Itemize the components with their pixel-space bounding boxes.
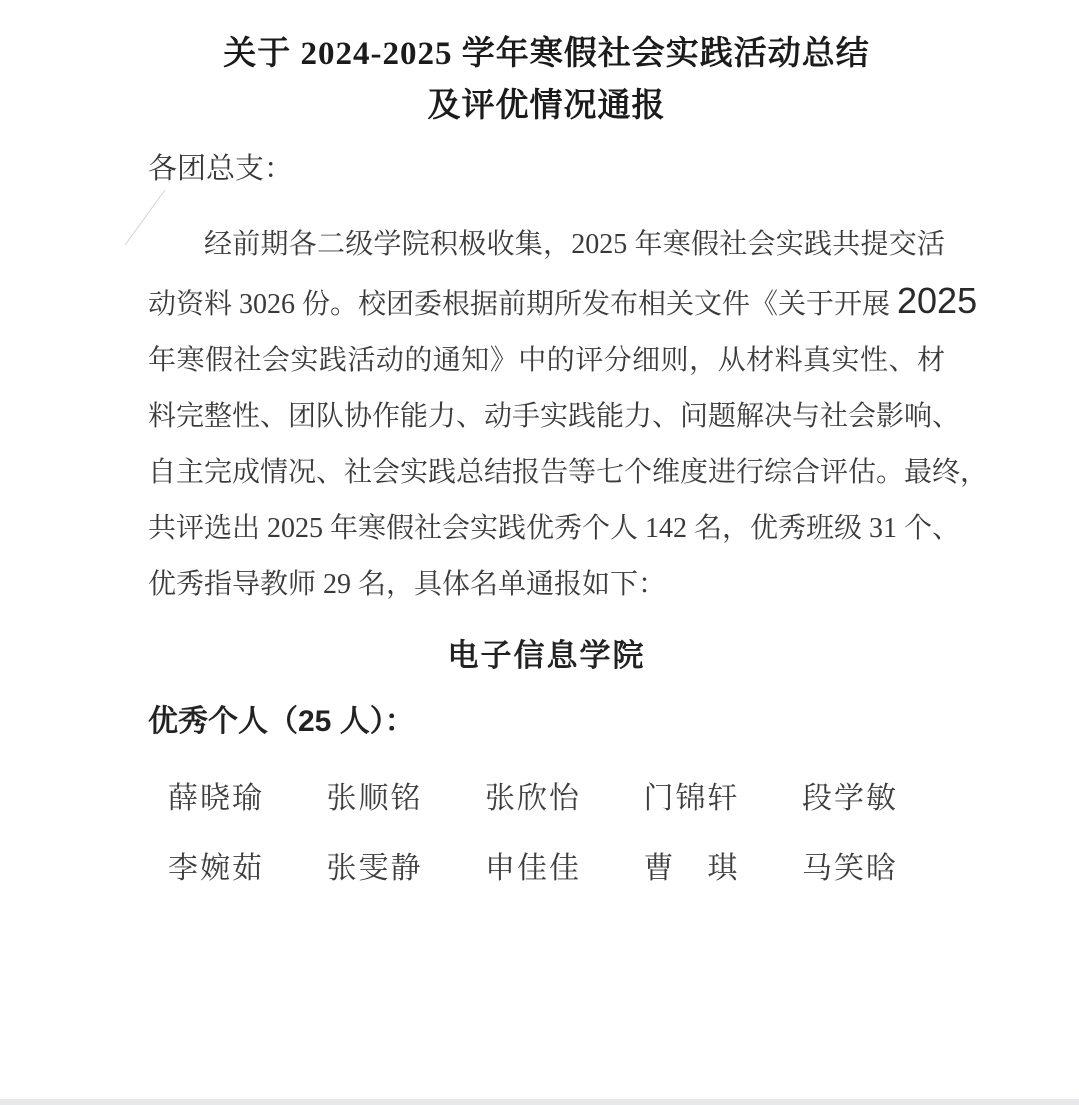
document-page: 关于 2024-2025 学年寒假社会实践活动总结 及评优情况通报 各团总支： … bbox=[0, 0, 1079, 1105]
paragraph-line-2-emphasis: 2025 bbox=[897, 280, 977, 321]
paragraph-line-1: 经前期各二级学院积极收集，2025 年寒假社会实践共提交活 bbox=[148, 217, 945, 273]
document-content: 关于 2024-2025 学年寒假社会实践活动总结 及评优情况通报 各团总支： … bbox=[148, 0, 945, 891]
names-row-2: 李婉茹 张雯静 申佳佳 曹 琪 马笑晗 bbox=[148, 847, 945, 891]
paragraph-line-7: 优秀指导教师 29 名，具体名单通报如下： bbox=[148, 557, 945, 613]
name-cell: 马笑晗 bbox=[802, 847, 898, 891]
paragraph-line-4: 料完整性、团队协作能力、动手实践能力、问题解决与社会影响、 bbox=[148, 389, 945, 445]
names-row-1: 薛晓瑜 张顺铭 张欣怡 门锦轩 段学敏 bbox=[148, 777, 945, 821]
name-cell: 张欣怡 bbox=[485, 777, 581, 821]
body-paragraph: 经前期各二级学院积极收集，2025 年寒假社会实践共提交活 动资料 3026 份… bbox=[148, 217, 945, 613]
name-cell: 申佳佳 bbox=[485, 847, 581, 891]
page-edge-bar bbox=[0, 1099, 1079, 1105]
title-line-1: 关于 2024-2025 学年寒假社会实践活动总结 bbox=[148, 28, 945, 80]
name-cell: 门锦轩 bbox=[644, 777, 740, 821]
paragraph-line-3: 年寒假社会实践活动的通知》中的评分细则，从材料真实性、材 bbox=[148, 333, 945, 389]
paragraph-line-5: 自主完成情况、社会实践总结报告等七个维度进行综合评估。最终， bbox=[148, 445, 945, 501]
name-cell: 曹 琪 bbox=[644, 847, 740, 891]
section-heading-college: 电子信息学院 bbox=[148, 633, 945, 679]
paragraph-line-6: 共评选出 2025 年寒假社会实践优秀个人 142 名，优秀班级 31 个、 bbox=[148, 501, 945, 557]
name-cell: 李婉茹 bbox=[168, 847, 264, 891]
document-title: 关于 2024-2025 学年寒假社会实践活动总结 及评优情况通报 bbox=[148, 28, 945, 132]
award-category-heading: 优秀个人（25 人）： bbox=[148, 699, 945, 745]
name-cell: 薛晓瑜 bbox=[168, 777, 264, 821]
name-cell: 段学敏 bbox=[802, 777, 898, 821]
name-cell: 张雯静 bbox=[327, 847, 423, 891]
salutation: 各团总支： bbox=[148, 148, 945, 190]
paragraph-line-2: 动资料 3026 份。校团委根据前期所发布相关文件《关于开展 2025 bbox=[148, 273, 945, 333]
name-cell: 张顺铭 bbox=[327, 777, 423, 821]
paragraph-line-2-text: 动资料 3026 份。校团委根据前期所发布相关文件《关于开展 bbox=[148, 289, 897, 320]
title-line-2: 及评优情况通报 bbox=[148, 80, 945, 132]
